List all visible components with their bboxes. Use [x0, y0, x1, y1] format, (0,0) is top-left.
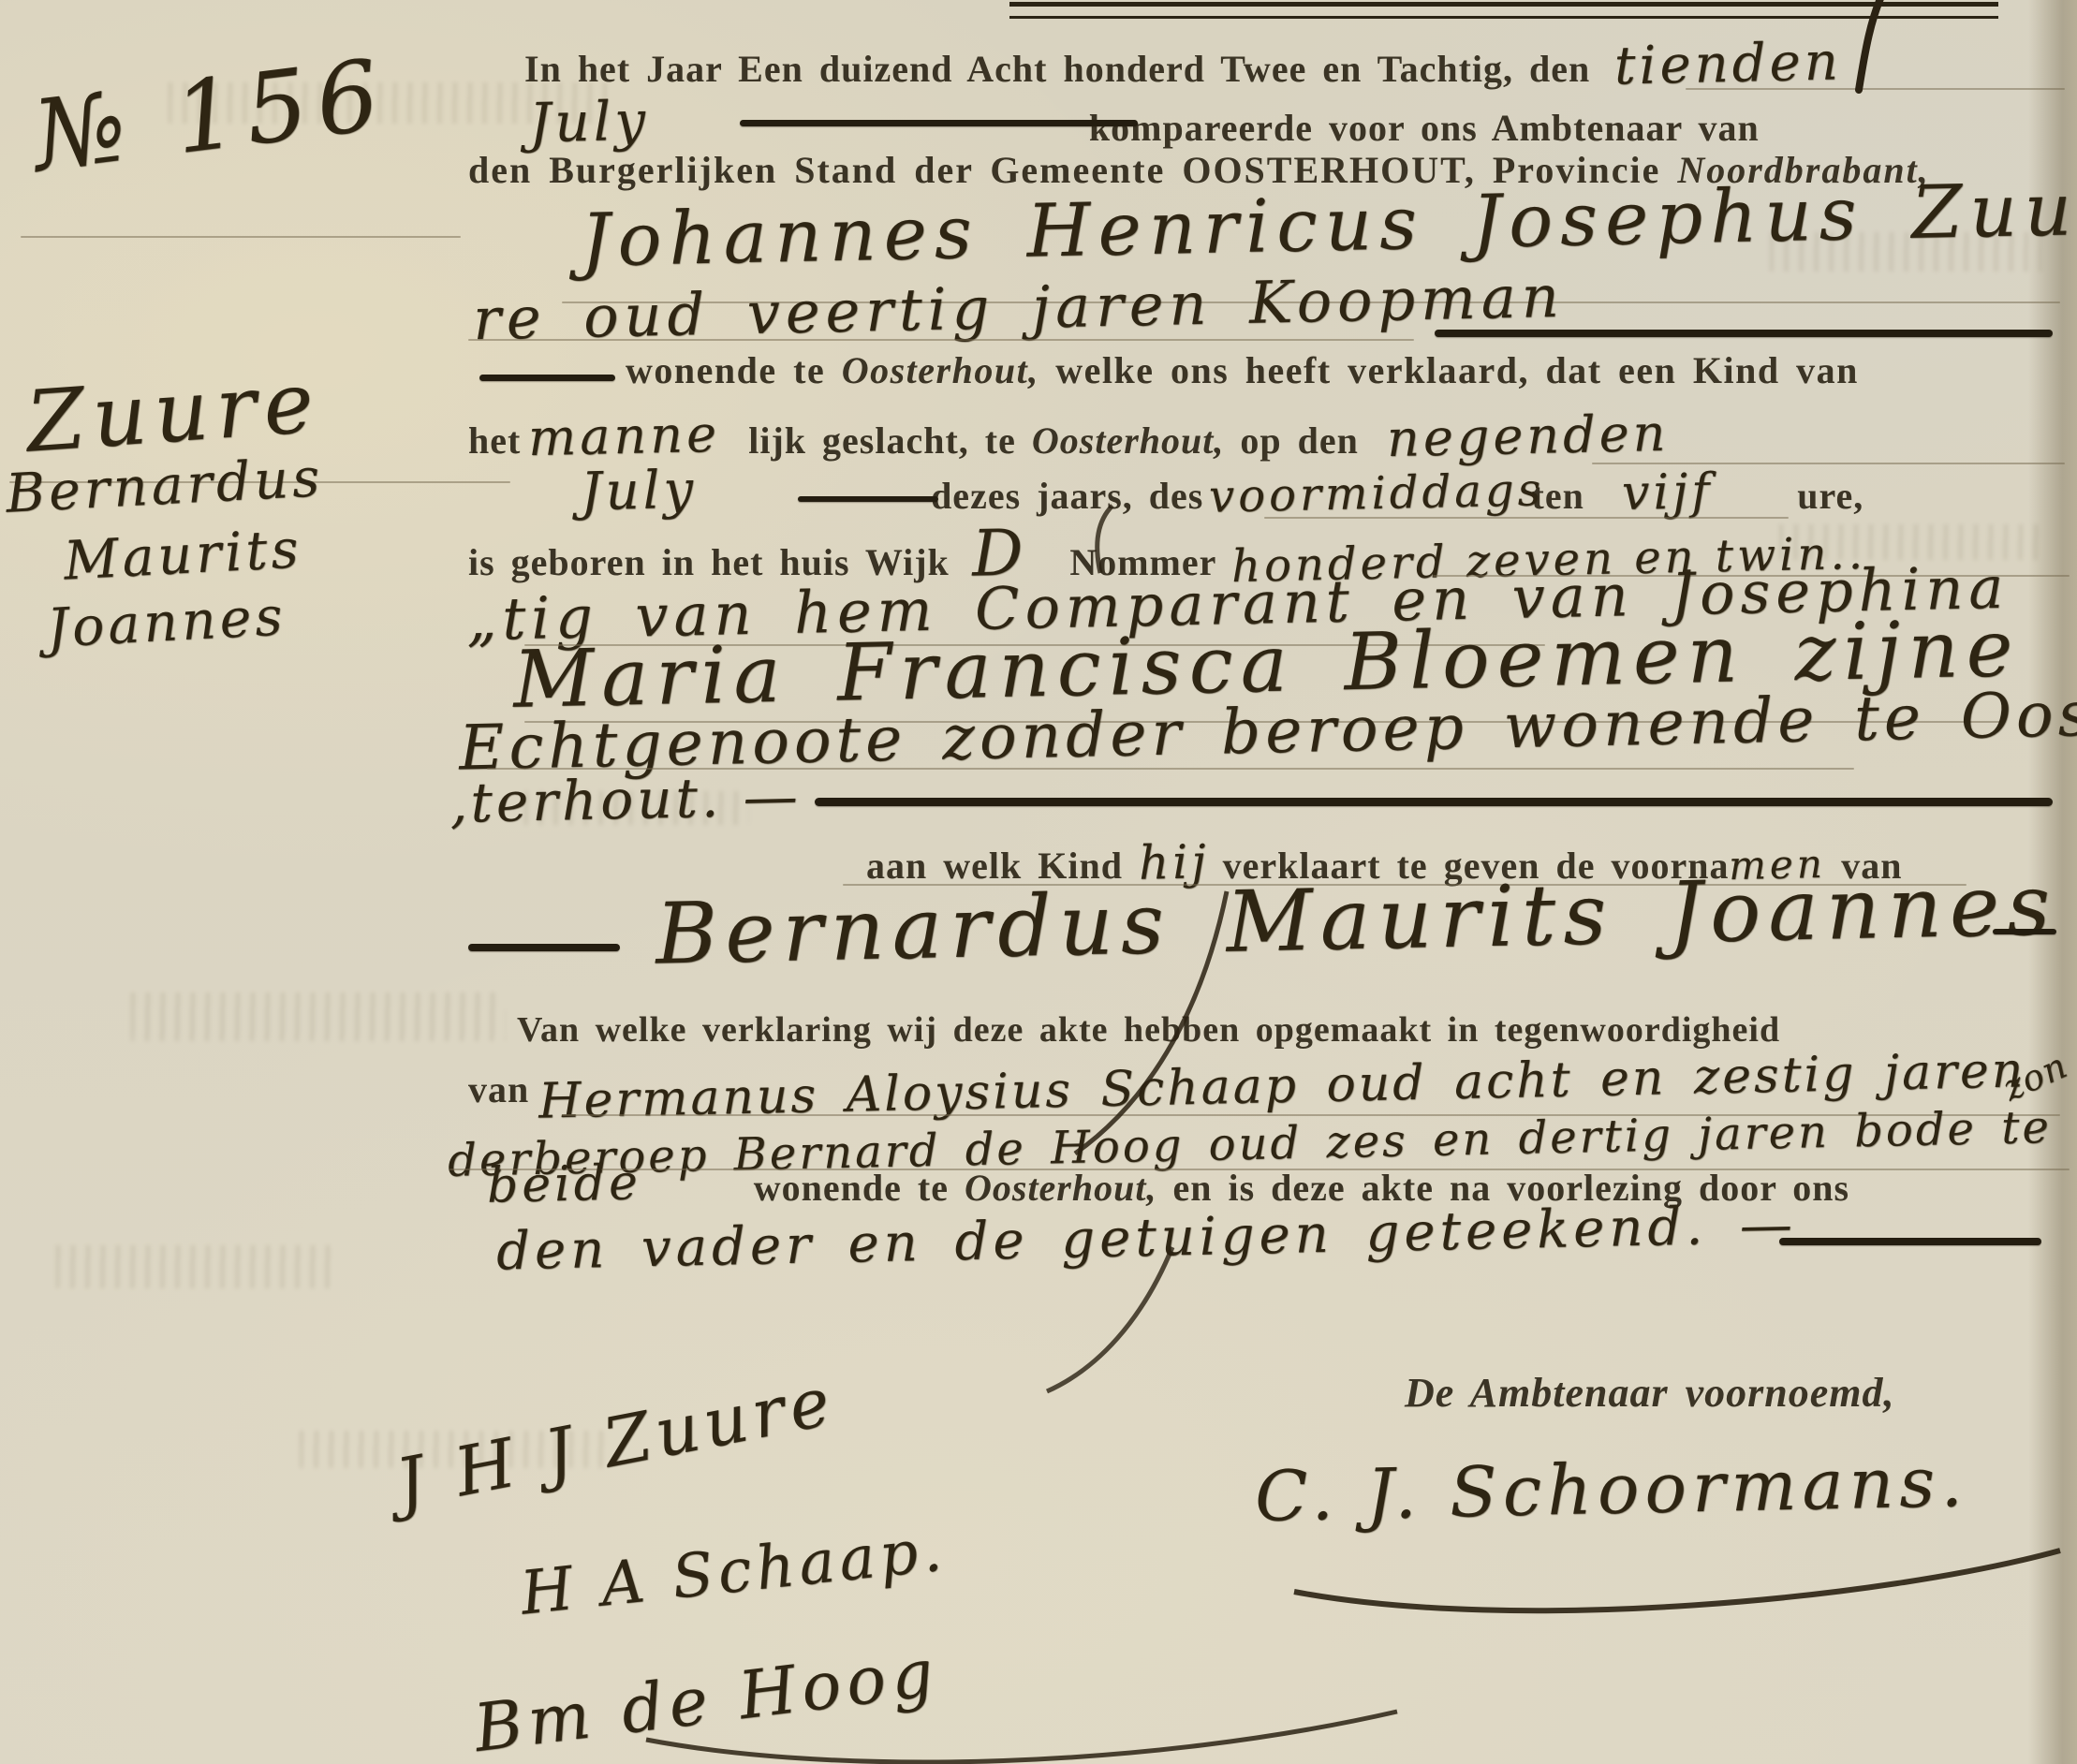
printed-text-italic: Oosterhout,	[1032, 419, 1225, 463]
printed-text: wonende te	[626, 348, 842, 392]
ink-rule	[1435, 330, 2053, 337]
act-number: № 156	[27, 37, 394, 193]
printed-text: ure,	[1797, 474, 1863, 518]
child-names-hw: Bernardus Maurits Joannes	[655, 856, 2058, 983]
printed-text: op den	[1224, 419, 1359, 463]
body-line-birth-time: July dezes jaars, des voormiddags ten vi…	[581, 461, 1863, 522]
printed-text: dezes jaars, des	[931, 474, 1203, 518]
printed-text: wonende te	[754, 1166, 965, 1210]
officer-title: De Ambtenaar voornoemd,	[1405, 1369, 1894, 1417]
ruled-line	[468, 339, 1414, 341]
margin-child-name-line: Joannes	[45, 585, 287, 659]
body-line-gender-place: het manne lijk geslacht, te Oosterhout, …	[468, 406, 1669, 465]
ink-rule	[479, 375, 615, 381]
handwritten-month: July	[528, 89, 649, 155]
handwritten-gender: manne	[528, 404, 721, 467]
ink-rule	[815, 798, 2053, 806]
handwritten-hour: vijf	[1621, 463, 1714, 522]
ink-rule	[798, 496, 938, 502]
residence-continued-hw: ‚terhout. —	[449, 764, 802, 835]
handwritten-daypart: voormiddags	[1209, 463, 1545, 522]
body-line-month: July kompareerde voor ons Ambtenaar van	[529, 90, 1760, 154]
header-double-rule	[1009, 2, 1998, 19]
margin-child-name-line: Maurits	[62, 518, 303, 592]
handwritten-birthday: negenden	[1386, 404, 1670, 468]
printed-text: lijk geslacht, te	[748, 419, 1032, 463]
officer-signature: C. J. Schoormans.	[1254, 1442, 1968, 1537]
printed-text-italic: Oosterhout,	[965, 1166, 1157, 1210]
ink-rule	[740, 120, 1138, 126]
ink-rule	[468, 944, 620, 951]
printed-text: welke ons heeft verklaard, dat een Kind …	[1039, 348, 1859, 392]
father-signature: J H J Zuure	[390, 1360, 841, 1522]
witness2-signature: Bm de Hoog	[470, 1634, 943, 1764]
ink-rule	[1779, 1238, 2041, 1245]
handwritten-month: July	[580, 460, 697, 523]
birth-certificate-scan: № 156 Zuure Bernardus Maurits Joannes In…	[0, 0, 2077, 1764]
bleed-through-smudge	[56, 1245, 337, 1288]
body-line-year: In het Jaar Een duizend Acht honderd Twe…	[524, 34, 1842, 95]
bleed-through-smudge	[131, 992, 506, 1041]
printed-text: kompareerde voor ons Ambtenaar van	[1089, 106, 1760, 150]
printed-text: In het Jaar Een duizend Acht honderd Twe…	[524, 47, 1590, 91]
body-line-declaration: Van welke verklaring wij deze akte hebbe…	[517, 1009, 1780, 1051]
body-line-residence: wonende te Oosterhout, welke ons heeft v…	[626, 348, 1859, 392]
printed-text: het	[468, 419, 521, 463]
printed-text-italic: Oosterhout,	[842, 348, 1039, 392]
printed-text: van	[468, 1067, 529, 1111]
witness1-signature: H A Schaap.	[517, 1515, 949, 1628]
ink-rule	[1993, 929, 2056, 934]
ruled-line	[21, 236, 461, 238]
handwritten-beide: beide	[486, 1154, 641, 1213]
